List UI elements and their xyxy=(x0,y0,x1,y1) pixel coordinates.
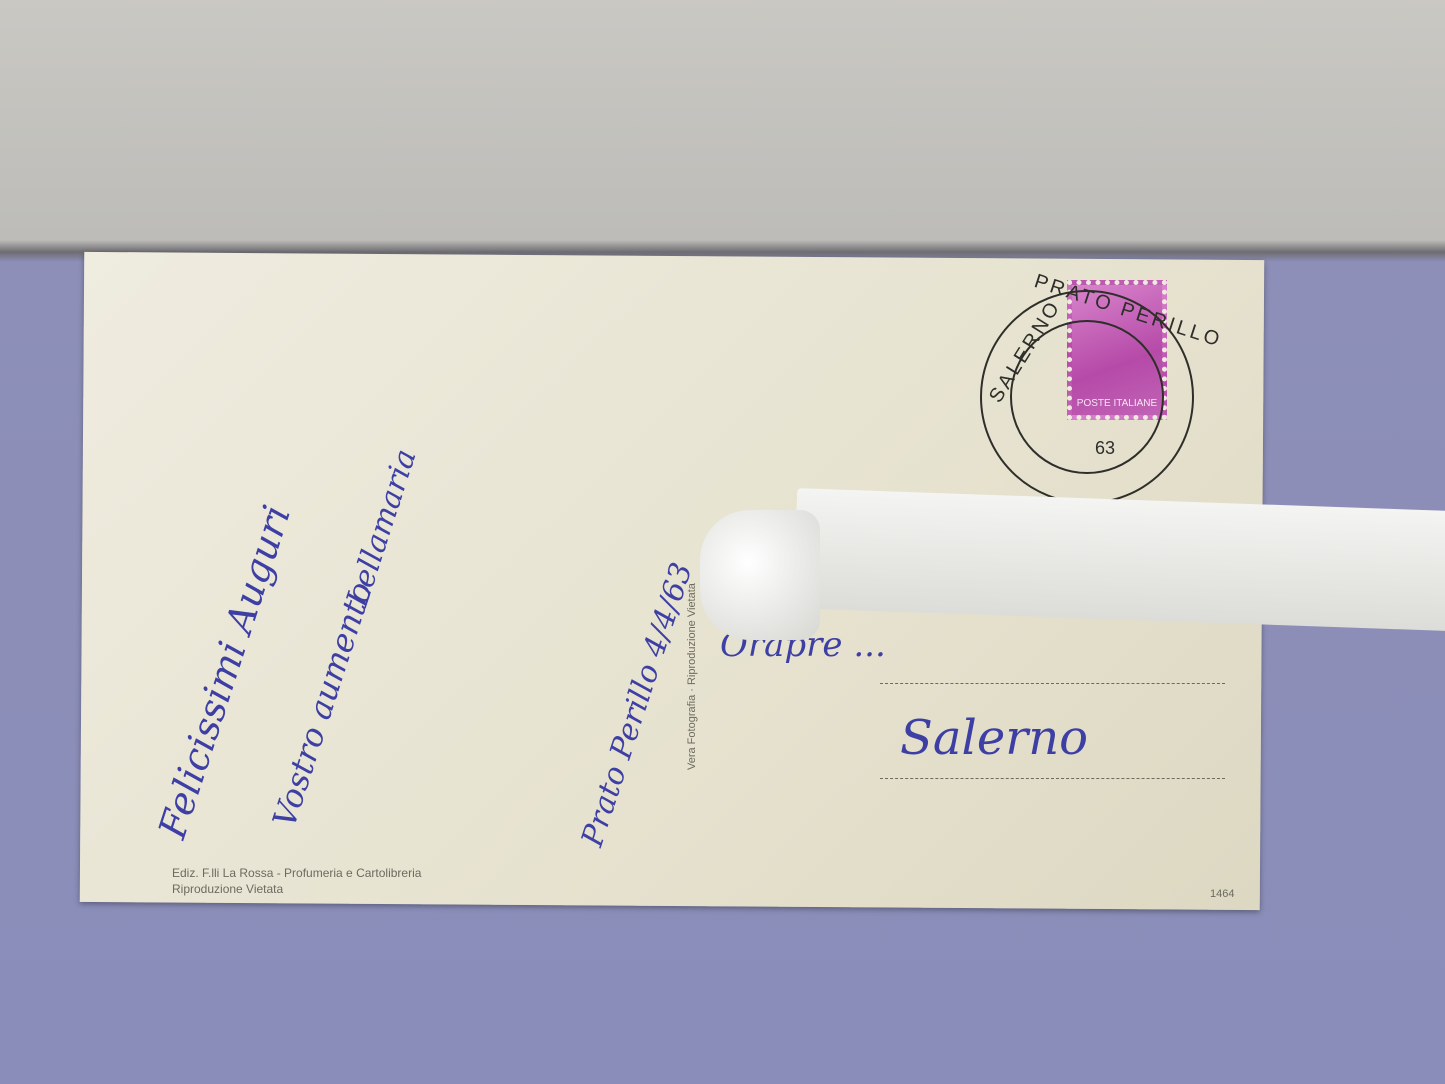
address-line xyxy=(880,683,1225,684)
ruler xyxy=(793,488,1445,632)
ruler-head xyxy=(700,510,820,640)
card-number: 1464 xyxy=(1210,888,1234,900)
postmark-date: 63 xyxy=(1095,438,1115,459)
publisher-line-1: Ediz. F.lli La Rossa - Profumeria e Cart… xyxy=(172,866,421,880)
recipient-city: Salerno xyxy=(900,710,1088,766)
publisher-line-2: Riproduzione Vietata xyxy=(172,882,283,896)
vertical-print: Vera Fotografia · Riproduzione Vietata xyxy=(686,583,698,770)
address-line xyxy=(880,778,1225,779)
